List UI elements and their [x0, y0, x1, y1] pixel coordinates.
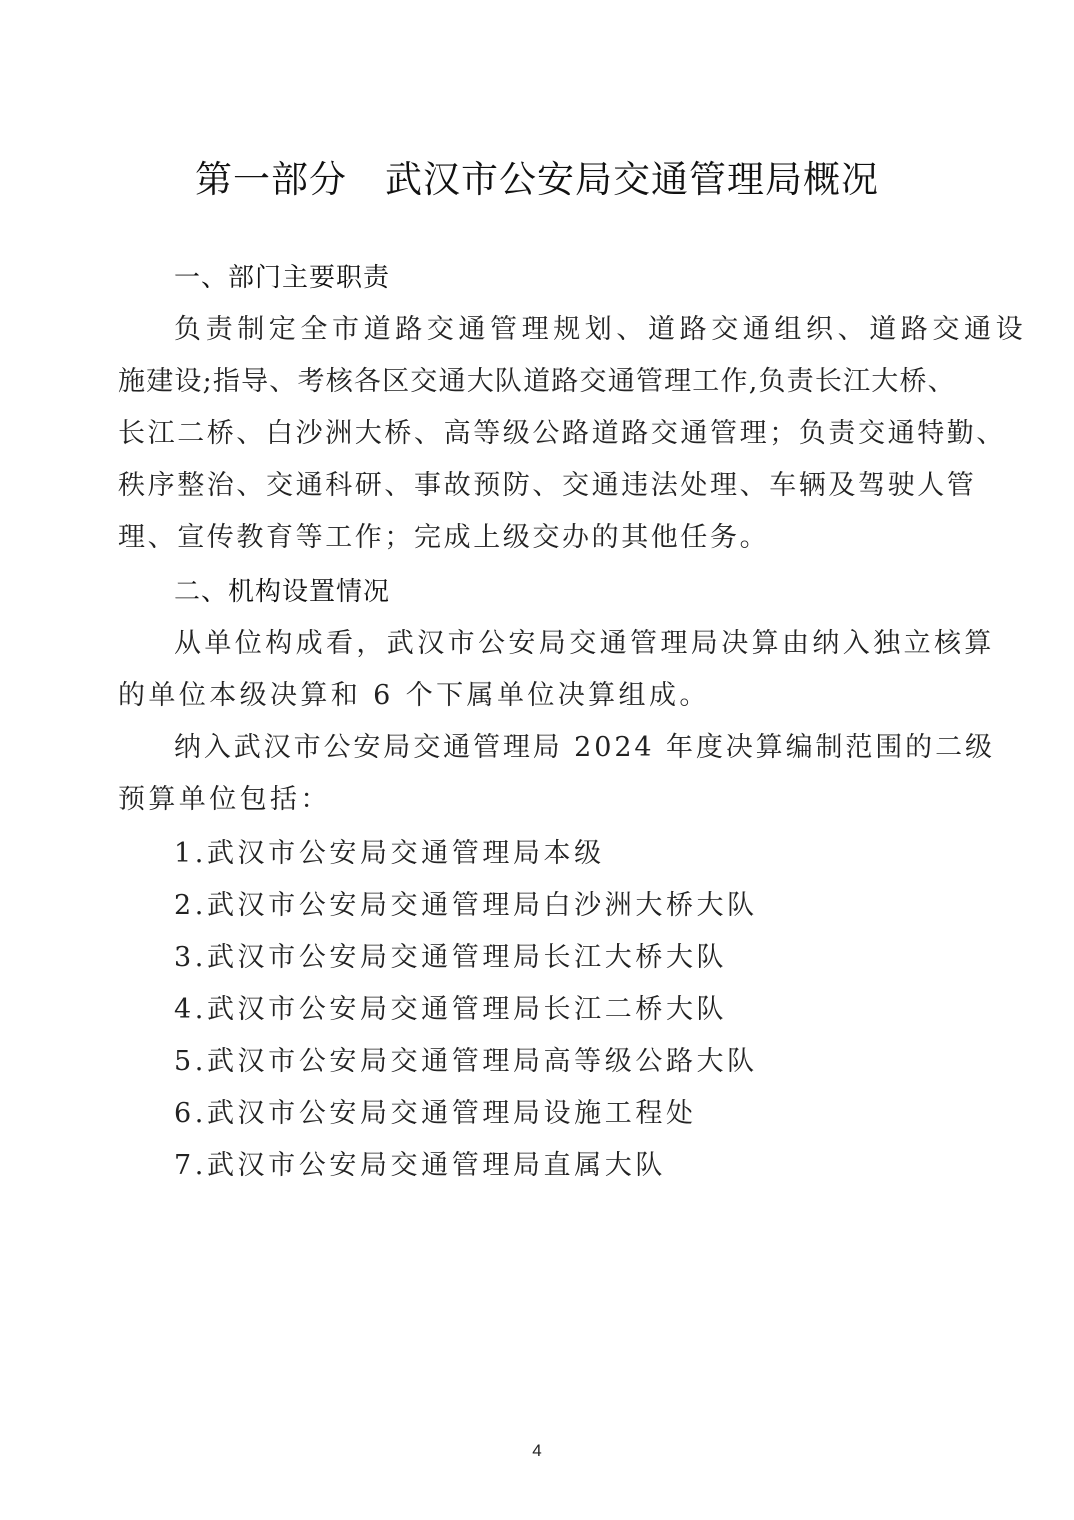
paragraph-line: 施建设;指导、考核各区交通大队道路交通管理工作,负责长江大桥、 — [118, 362, 956, 402]
paragraph-line: 预算单位包括： — [118, 780, 331, 820]
list-item: 4.武汉市公安局交通管理局长江二桥大队 — [174, 990, 727, 1030]
paragraph-line: 纳入武汉市公安局交通管理局 2024 年度决算编制范围的二级 — [174, 728, 995, 768]
list-item: 5.武汉市公安局交通管理局高等级公路大队 — [174, 1042, 758, 1082]
list-item: 3.武汉市公安局交通管理局长江大桥大队 — [174, 938, 727, 978]
paragraph-line: 负责制定全市道路交通管理规划、道路交通组织、道路交通设 — [174, 310, 1027, 350]
list-item: 6.武汉市公安局交通管理局设施工程处 — [174, 1094, 697, 1134]
paragraph-line: 理、宣传教育等工作；完成上级交办的其他任务。 — [118, 518, 769, 558]
list-item: 2.武汉市公安局交通管理局白沙洲大桥大队 — [174, 886, 758, 926]
page-number: 4 — [0, 1440, 1074, 1462]
list-item: 7.武汉市公安局交通管理局直属大队 — [174, 1146, 666, 1186]
paragraph-line: 从单位构成看，武汉市公安局交通管理局决算由纳入独立核算 — [174, 624, 995, 664]
list-item: 1.武汉市公安局交通管理局本级 — [174, 834, 605, 874]
paragraph-line: 长江二桥、白沙洲大桥、高等级公路道路交通管理；负责交通特勤、 — [118, 414, 1006, 454]
section-heading-duties: 一、部门主要职责 — [174, 258, 390, 298]
page-title: 第一部分 武汉市公安局交通管理局概况 — [0, 152, 1074, 208]
paragraph-line: 秩序整治、交通科研、事故预防、交通违法处理、车辆及驾驶人管 — [118, 466, 976, 506]
paragraph-line: 的单位本级决算和 6 个下属单位决算组成。 — [118, 676, 710, 716]
section-heading-organization: 二、机构设置情况 — [174, 572, 390, 612]
